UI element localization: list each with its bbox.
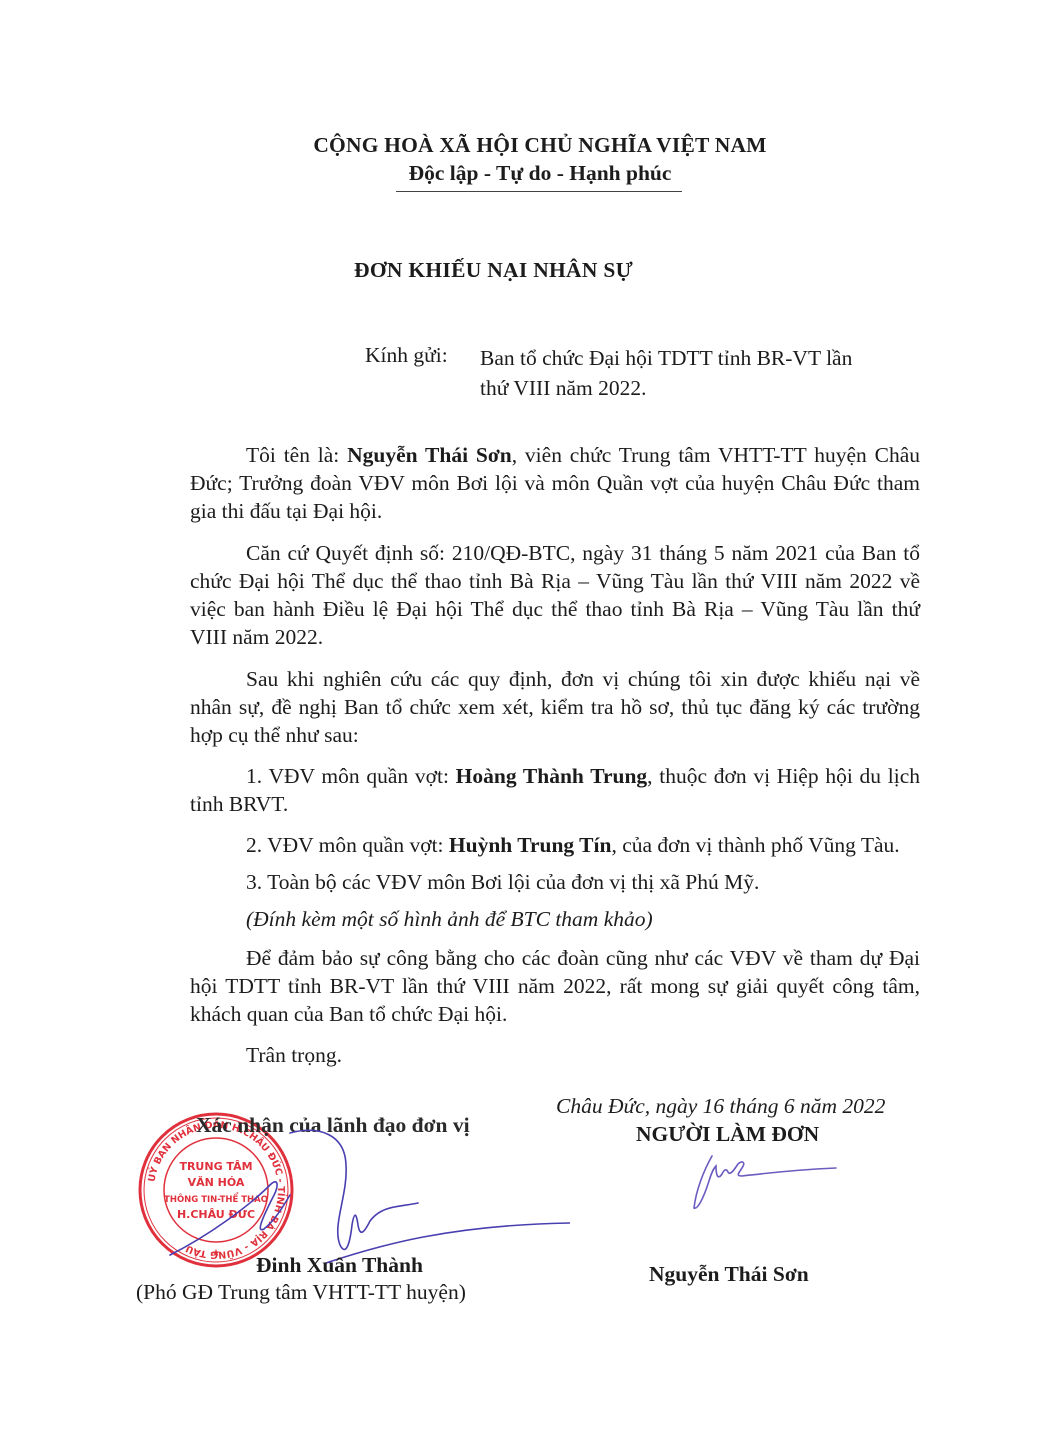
body-line: chức Đại hội Thể dục thể thao tỉnh Bà Rị… — [190, 569, 920, 594]
body-line: việc ban hành Điều lệ Đại hội Thể dục th… — [190, 597, 920, 622]
body-line: Đức; Trưởng đoàn VĐV môn Bơi lội và môn … — [190, 471, 920, 496]
recipient-line-1: Ban tổ chức Đại hội TDTT tỉnh BR-VT lần — [480, 343, 852, 373]
recipient-label: Kính gửi: — [365, 343, 448, 368]
director-position: (Phó GĐ Trung tâm VHTT-TT huyện) — [136, 1280, 466, 1305]
body-line: gia thi đấu tại Đại hội. — [190, 499, 920, 524]
paragraph-introduction: Tôi tên là: Nguyễn Thái Sơn, viên chức T… — [246, 443, 920, 468]
paragraph-conclusion: Để đảm bảo sự công bằng cho các đoàn cũn… — [246, 946, 920, 971]
body-line: tỉnh BRVT. — [190, 792, 920, 817]
closing: Trân trọng. — [246, 1043, 920, 1068]
complaint-item-1: 1. VĐV môn quần vợt: Hoàng Thành Trung, … — [246, 764, 920, 789]
national-header: CỘNG HOÀ XÃ HỘI CHỦ NGHĨA VIỆT NAM — [0, 133, 1038, 158]
applicant-role: NGƯỜI LÀM ĐƠN — [636, 1122, 819, 1147]
document-title: ĐƠN KHIẾU NẠI NHÂN SỰ — [354, 258, 633, 283]
complaint-item-2: 2. VĐV môn quần vợt: Huỳnh Trung Tín, củ… — [246, 833, 920, 858]
body-line: VIII năm 2022. — [190, 625, 920, 650]
place-and-date: Châu Đức, ngày 16 tháng 6 năm 2022 — [556, 1094, 885, 1119]
recipient-line-2: thứ VIII năm 2022. — [480, 373, 852, 403]
athlete-name: Huỳnh Trung Tín — [449, 833, 612, 857]
paragraph-legal-basis: Căn cứ Quyết định số: 210/QĐ-BTC, ngày 3… — [246, 541, 920, 566]
body-line: hợp cụ thể như sau: — [190, 723, 920, 748]
director-name: Đinh Xuân Thành — [256, 1253, 423, 1278]
attachment-note: (Đính kèm một số hình ảnh để BTC tham kh… — [246, 907, 920, 932]
applicant-signature-icon — [690, 1150, 840, 1220]
recipient-text: Ban tổ chức Đại hội TDTT tỉnh BR-VT lần … — [480, 343, 852, 403]
athlete-name: Hoàng Thành Trung — [456, 764, 648, 788]
complaint-item-3: 3. Toàn bộ các VĐV môn Bơi lội của đơn v… — [246, 870, 920, 895]
national-motto: Độc lập - Tự do - Hạnh phúc — [0, 161, 1038, 186]
motto-underline — [396, 191, 682, 192]
body-line: hội TDTT tỉnh BR-VT lần thứ VIII năm 202… — [190, 974, 920, 999]
applicant-signature-name: Nguyễn Thái Sơn — [649, 1262, 809, 1287]
applicant-name: Nguyễn Thái Sơn — [347, 443, 512, 467]
body-line: khách quan của Ban tổ chức Đại hội. — [190, 1002, 920, 1027]
body-line: nhân sự, đề nghị Ban tổ chức xem xét, ki… — [190, 695, 920, 720]
paragraph-request: Sau khi nghiên cứu các quy định, đơn vị … — [246, 667, 920, 692]
